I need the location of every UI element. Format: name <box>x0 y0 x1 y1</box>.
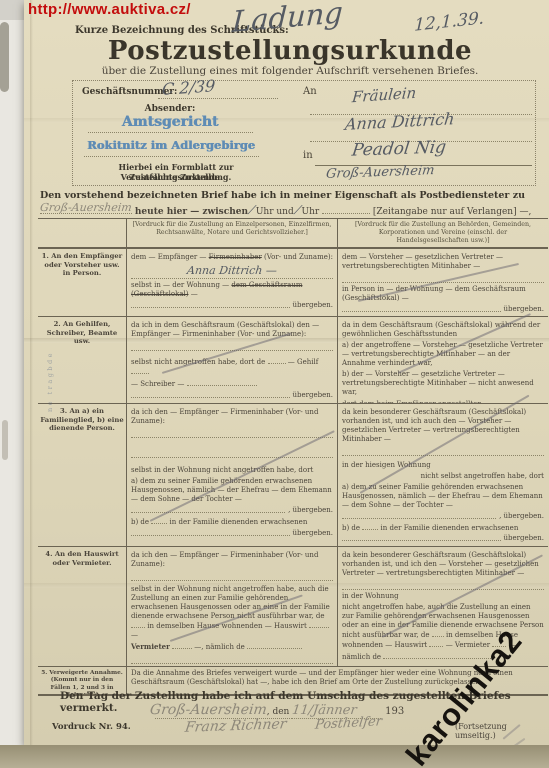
row4-right-p4: nämlich de <box>342 653 381 661</box>
statement-line2b: Uhr und <box>256 207 294 217</box>
column-header-authorities: [Vordruck für die Zustellung an Behörden… <box>338 219 548 247</box>
row4-left-p3a: Vermieter <box>131 642 170 651</box>
fill-line <box>88 131 253 133</box>
handwritten-hour-slash2: ⁄ <box>296 203 300 217</box>
row3-left-given: übergeben. <box>293 529 333 538</box>
fill-line <box>172 642 192 649</box>
row4-right-p2: in der Wohnung <box>342 592 544 601</box>
row1-left-p1-struck: Firmeninhaber <box>209 253 262 261</box>
scan-artifact <box>0 22 9 92</box>
fill-line <box>131 446 333 458</box>
table-row-2: 2. An Gehilfen, Schreiber, Beamte usw. d… <box>38 317 548 404</box>
enclosure-note-line2: Vereinfachte Zustellung. <box>78 172 274 182</box>
row3-right-cell: da kein besonderer Geschäftsraum (Geschä… <box>338 404 548 546</box>
fill-line <box>131 507 285 513</box>
row1-left-p2a: selbst in — der Wohnung — <box>131 281 229 289</box>
auction-site-url-overlay: http://www.auktiva.cz/ <box>28 1 191 18</box>
handwritten-hour-slash1: ⁄ <box>250 203 254 217</box>
fill-line <box>429 640 443 647</box>
row4-left-cell: da ich den — Empfänger — Firmeninhaber (… <box>127 547 338 666</box>
scan-left-edge <box>0 0 26 768</box>
row4-left-p2b: in demselben Hause wohnenden — Hauswirt <box>147 622 307 630</box>
fold-crease-vertical <box>30 0 33 745</box>
row2-right-p3: b) der — Vorsteher — gesetzliche Vertret… <box>342 370 544 397</box>
fill-line <box>131 621 145 628</box>
table-row-1: 1. An den Empfänger oder Vorsteher usw. … <box>38 249 548 317</box>
sender-stamp-place: Rokitnitz im Adlergebirge <box>76 138 266 152</box>
row2-right-cell: da in dem Geschäftsraum (Geschäftslokal)… <box>338 317 548 403</box>
fill-line <box>309 621 329 628</box>
handwritten-file-number: C 2/39 <box>161 76 215 99</box>
addressee-label: An <box>303 86 317 97</box>
row4-left-p1: da ich den — Empfänger — Firmeninhaber (… <box>131 551 333 569</box>
row3-left-p4b: in der Familie dienenden erwachsenen <box>170 518 308 526</box>
row4-left-p2c: — <box>131 631 138 639</box>
row3-right-p5a: b) de <box>342 524 360 532</box>
row1-left-p1b: (Vor- und Zuname): <box>264 253 333 261</box>
row1-label: 1. An den Empfänger oder Vorsteher usw. … <box>38 249 127 316</box>
sender-stamp-court: Amtsgericht <box>80 114 260 130</box>
fill-line <box>432 630 444 637</box>
row3-right-p1: da kein besonderer Geschäftsraum (Geschä… <box>342 408 544 444</box>
fill-line <box>322 207 370 214</box>
statement-line2d: [Zeitangabe nur auf Verlangen] —, <box>373 207 531 217</box>
row3-right-given: übergeben. <box>504 534 544 543</box>
row3-left-p3end: , übergeben. <box>288 506 333 515</box>
row1-left-cell: dem — Empfänger — Firmeninhaber (Vor- un… <box>127 249 338 316</box>
scan-bottom-edge <box>0 745 549 768</box>
row2-left-cell: da ich in dem Geschäftsraum (Geschäftslo… <box>127 317 338 403</box>
row4-label: 4. An den Hauswirt oder Vermieter. <box>38 547 127 666</box>
row2-left-p3: — Schreiber — <box>131 380 184 388</box>
row3-left-p2: selbst in der Wohnung nicht angetroffen … <box>131 466 333 475</box>
statement-line1: Den vorstehend bezeichneten Brief habe i… <box>40 190 525 201</box>
column-header-individuals: [Vordruck für die Zustellung an Einzelpe… <box>127 219 338 247</box>
row3-right-p3: nicht selbst angetroffen habe, dort <box>342 472 544 481</box>
table-row-3: 3. An a) ein Familienglied, b) eine dien… <box>38 404 548 547</box>
scan-artifact <box>2 420 8 460</box>
form-subtitle: über die Zustellung eines mit folgender … <box>90 65 490 77</box>
row1-right-given: übergeben. <box>504 305 544 314</box>
fill-line <box>131 302 290 308</box>
row1-right-cell: dem — Vorsteher — gesetzlichen Vertreter… <box>338 249 548 316</box>
row3-right-p2: in der hiesigen Wohnung <box>342 461 544 470</box>
row2-left-p1: da ich in dem Geschäftsraum (Geschäftslo… <box>131 321 333 339</box>
row2-right-p2: a) der angetroffene — Vorsteher — gesetz… <box>342 341 544 368</box>
row3-left-cell: da ich den — Empfänger — Firmeninhaber (… <box>127 404 338 546</box>
row4-right-p1: da kein besonderer Geschäftsraum (Geschä… <box>342 551 544 578</box>
handwritten-addressee-place: Peadol Nig <box>351 137 447 160</box>
row3-left-p4a: b) de <box>131 518 149 526</box>
fill-line <box>84 155 259 157</box>
row2-right-p1: da in dem Geschäftsraum (Geschäftslokal)… <box>342 321 544 339</box>
sender-label: Absender: <box>110 104 230 114</box>
fill-line <box>247 642 302 649</box>
row4-left-p3b: —, nämlich de <box>194 643 245 651</box>
fill-line <box>342 306 501 312</box>
fill-line <box>131 426 333 438</box>
statement-line2a: heute hier — zwischen <box>135 207 248 217</box>
row2-left-p2b: — Gehilf <box>288 358 319 366</box>
fill-line <box>268 357 286 364</box>
fill-line <box>131 367 149 374</box>
row1-right-p2: in Person in — der Wohnung — dem Geschäf… <box>342 285 544 303</box>
delivery-table: [Vordruck für die Zustellung an Einzelpe… <box>38 218 548 696</box>
fill-line <box>40 207 132 214</box>
footer-year: 193 <box>385 706 404 717</box>
row3-right-p4: a) dem zu seiner Familie gehörenden erwa… <box>342 483 544 510</box>
row2-left-given: übergeben. <box>293 391 333 400</box>
form-title: Postzustellungsurkunde <box>90 36 490 66</box>
fill-line <box>131 392 290 398</box>
fill-line <box>131 339 333 351</box>
fill-line <box>342 535 501 541</box>
header-label-spacer <box>38 219 127 247</box>
fill-line <box>342 513 496 519</box>
row3-right-p4end: , übergeben. <box>499 512 544 521</box>
statement-line2c: Uhr <box>301 207 319 217</box>
fill-line <box>131 652 333 664</box>
row3-left-p1: da ich den — Empfänger — Firmeninhaber (… <box>131 408 333 426</box>
fill-line <box>131 530 290 536</box>
row3-label: 3. An a) ein Familienglied, b) eine dien… <box>38 404 127 546</box>
form-number: Vordruck Nr. 94. <box>52 722 131 732</box>
row1-right-p1: dem — Vorsteher — gesetzlichen Vertreter… <box>342 253 544 271</box>
handwritten-row1-name: Anna Dittrich — <box>186 264 278 278</box>
row1-left-given: übergeben. <box>293 301 333 310</box>
row3-right-p5b: in der Familie dienenden erwachsenen <box>381 524 519 532</box>
fill-line <box>362 523 378 530</box>
table-row-4: 4. An den Hauswirt oder Vermieter. da ic… <box>38 547 548 667</box>
fill-line <box>131 569 333 581</box>
handwritten-sign-place: Groß-Auersheim <box>149 702 268 718</box>
addressee-place-label: in <box>303 150 313 161</box>
scanned-document: http://www.auktiva.cz/ Kurze Bezeichnung… <box>0 0 549 768</box>
fill-line <box>187 379 257 386</box>
fill-line <box>342 578 544 590</box>
row4-left-p2a: selbst in der Wohnung nicht angetroffen … <box>131 585 330 620</box>
row1-left-p1a: dem — Empfänger — <box>131 253 206 261</box>
table-header-row: [Vordruck für die Zustellung an Einzelpe… <box>38 219 548 249</box>
row1-left-p2b: — <box>191 290 198 298</box>
margin-vertical-text: ne tragbde <box>46 351 54 412</box>
